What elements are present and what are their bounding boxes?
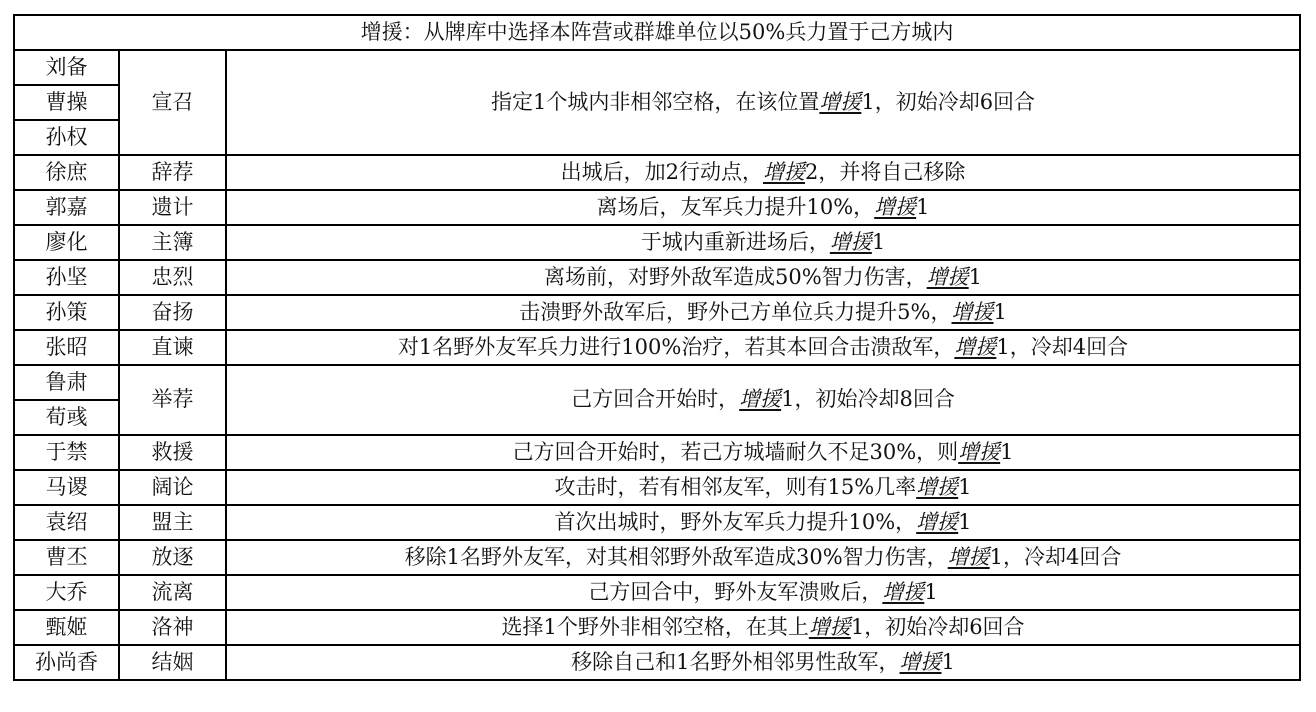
desc-text: 1 [993, 300, 1006, 324]
keyword-reinforce: 增援 [954, 335, 996, 359]
general-name: 于禁 [14, 435, 119, 470]
skill-description: 出城后，加2行动点，增援2，并将自己移除 [226, 155, 1300, 190]
general-name: 孙策 [14, 295, 119, 330]
skill-name: 放逐 [119, 540, 226, 575]
reinforcement-skills-table: 增援：从牌库中选择本阵营或群雄单位以50%兵力置于己方城内 刘备 宣召 指定1个… [13, 14, 1301, 681]
skill-description: 己方回合中，野外友军溃败后，增援1 [226, 575, 1300, 610]
keyword-reinforce: 增援 [948, 545, 990, 569]
keyword-reinforce: 增援 [874, 195, 916, 219]
skill-description: 攻击时，若有相邻友军，则有15%几率增援1 [226, 470, 1300, 505]
skill-name: 主簿 [119, 225, 226, 260]
general-name: 张昭 [14, 330, 119, 365]
desc-text: 选择1个野外非相邻空格，在其上 [501, 615, 808, 639]
table-row: 孙坚 忠烈 离场前，对野外敌军造成50%智力伤害，增援1 [14, 260, 1300, 295]
skill-name: 盟主 [119, 505, 226, 540]
general-name: 孙权 [14, 120, 119, 155]
desc-text: 己方回合开始时，若己方城墙耐久不足30%，则 [512, 440, 958, 464]
skill-description: 己方回合开始时，增援1，初始冷却8回合 [226, 365, 1300, 435]
general-name: 孙坚 [14, 260, 119, 295]
general-name: 荀彧 [14, 400, 119, 435]
desc-text: 1，初始冷却6回合 [861, 90, 1035, 114]
table-row: 孙尚香 结姻 移除自己和1名野外相邻男性敌军，增援1 [14, 645, 1300, 680]
table-row: 袁绍 盟主 首次出城时，野外友军兵力提升10%，增援1 [14, 505, 1300, 540]
general-name: 廖化 [14, 225, 119, 260]
general-name: 鲁肃 [14, 365, 119, 400]
table-row: 刘备 宣召 指定1个城内非相邻空格，在该位置增援1，初始冷却6回合 [14, 50, 1300, 85]
skill-description: 于城内重新进场后，增援1 [226, 225, 1300, 260]
skill-description: 对1名野外友军兵力进行100%治疗，若其本回合击溃敌军，增援1，冷却4回合 [226, 330, 1300, 365]
desc-text: 1 [924, 580, 937, 604]
skill-name: 举荐 [119, 365, 226, 435]
table-row: 马谡 阔论 攻击时，若有相邻友军，则有15%几率增援1 [14, 470, 1300, 505]
keyword-reinforce: 增援 [819, 90, 861, 114]
general-name: 孙尚香 [14, 645, 119, 680]
desc-text: 1 [942, 650, 955, 674]
general-name: 大乔 [14, 575, 119, 610]
skill-name: 洛神 [119, 610, 226, 645]
keyword-reinforce: 增援 [830, 230, 872, 254]
skill-description: 击溃野外敌军后，野外己方单位兵力提升5%，增援1 [226, 295, 1300, 330]
general-name: 曹丕 [14, 540, 119, 575]
skill-description: 离场前，对野外敌军造成50%智力伤害，增援1 [226, 260, 1300, 295]
desc-text: 1 [969, 265, 982, 289]
desc-text: 1，冷却4回合 [996, 335, 1128, 359]
table-row: 徐庶 辞荐 出城后，加2行动点，增援2，并将自己移除 [14, 155, 1300, 190]
keyword-reinforce: 增援 [739, 387, 781, 411]
desc-text: 1，冷却4回合 [990, 545, 1122, 569]
skill-description: 选择1个野外非相邻空格，在其上增援1，初始冷却6回合 [226, 610, 1300, 645]
skill-name: 奋扬 [119, 295, 226, 330]
table-row: 大乔 流离 己方回合中，野外友军溃败后，增援1 [14, 575, 1300, 610]
keyword-reinforce: 增援 [916, 510, 958, 534]
table-row: 于禁 救援 己方回合开始时，若己方城墙耐久不足30%，则增援1 [14, 435, 1300, 470]
table-title: 增援：从牌库中选择本阵营或群雄单位以50%兵力置于己方城内 [14, 15, 1300, 50]
keyword-reinforce: 增援 [809, 615, 851, 639]
keyword-reinforce: 增援 [763, 160, 805, 184]
general-name: 曹操 [14, 85, 119, 120]
skill-description: 首次出城时，野外友军兵力提升10%，增援1 [226, 505, 1300, 540]
desc-text: 移除1名野外友军，对其相邻野外敌军造成30%智力伤害， [405, 545, 948, 569]
skill-description: 指定1个城内非相邻空格，在该位置增援1，初始冷却6回合 [226, 50, 1300, 155]
skill-name: 直谏 [119, 330, 226, 365]
desc-text: 击溃野外敌军后，野外己方单位兵力提升5%， [519, 300, 951, 324]
desc-text: 己方回合中，野外友军溃败后， [588, 580, 882, 604]
keyword-reinforce: 增援 [958, 440, 1000, 464]
general-name: 徐庶 [14, 155, 119, 190]
desc-text: 出城后，加2行动点， [561, 160, 763, 184]
desc-text: 离场后，友军兵力提升10%， [596, 195, 874, 219]
skill-name: 流离 [119, 575, 226, 610]
skill-description: 移除自己和1名野外相邻男性敌军，增援1 [226, 645, 1300, 680]
general-name: 马谡 [14, 470, 119, 505]
desc-text: 1 [1000, 440, 1013, 464]
desc-text: 1 [958, 510, 971, 534]
table-title-row: 增援：从牌库中选择本阵营或群雄单位以50%兵力置于己方城内 [14, 15, 1300, 50]
keyword-reinforce: 增援 [900, 650, 942, 674]
desc-text: 对1名野外友军兵力进行100%治疗，若其本回合击溃敌军， [398, 335, 954, 359]
desc-text: 2，并将自己移除 [805, 160, 965, 184]
desc-text: 移除自己和1名野外相邻男性敌军， [571, 650, 899, 674]
skill-name: 救援 [119, 435, 226, 470]
desc-text: 攻击时，若有相邻友军，则有15%几率 [554, 475, 916, 499]
table-row: 孙策 奋扬 击溃野外敌军后，野外己方单位兵力提升5%，增援1 [14, 295, 1300, 330]
desc-text: 首次出城时，野外友军兵力提升10%， [554, 510, 916, 534]
keyword-reinforce: 增援 [882, 580, 924, 604]
skill-description: 己方回合开始时，若己方城墙耐久不足30%，则增援1 [226, 435, 1300, 470]
skill-name: 宣召 [119, 50, 226, 155]
desc-text: 1，初始冷却6回合 [851, 615, 1025, 639]
desc-text: 1 [958, 475, 971, 499]
table-row: 鲁肃 举荐 己方回合开始时，增援1，初始冷却8回合 [14, 365, 1300, 400]
table-row: 廖化 主簿 于城内重新进场后，增援1 [14, 225, 1300, 260]
desc-text: 于城内重新进场后， [641, 230, 830, 254]
skill-name: 忠烈 [119, 260, 226, 295]
keyword-reinforce: 增援 [916, 475, 958, 499]
table-row: 郭嘉 遗计 离场后，友军兵力提升10%，增援1 [14, 190, 1300, 225]
table-row: 曹丕 放逐 移除1名野外友军，对其相邻野外敌军造成30%智力伤害，增援1，冷却4… [14, 540, 1300, 575]
skill-name: 辞荐 [119, 155, 226, 190]
desc-text: 指定1个城内非相邻空格，在该位置 [491, 90, 819, 114]
skill-name: 阔论 [119, 470, 226, 505]
keyword-reinforce: 增援 [927, 265, 969, 289]
general-name: 袁绍 [14, 505, 119, 540]
desc-text: 己方回合开始时， [571, 387, 739, 411]
general-name: 郭嘉 [14, 190, 119, 225]
desc-text: 1 [916, 195, 929, 219]
general-name: 刘备 [14, 50, 119, 85]
keyword-reinforce: 增援 [951, 300, 993, 324]
skill-name: 遗计 [119, 190, 226, 225]
skill-description: 移除1名野外友军，对其相邻野外敌军造成30%智力伤害，增援1，冷却4回合 [226, 540, 1300, 575]
table-row: 甄姬 洛神 选择1个野外非相邻空格，在其上增援1，初始冷却6回合 [14, 610, 1300, 645]
table-row: 张昭 直谏 对1名野外友军兵力进行100%治疗，若其本回合击溃敌军，增援1，冷却… [14, 330, 1300, 365]
desc-text: 1 [872, 230, 885, 254]
general-name: 甄姬 [14, 610, 119, 645]
desc-text: 1，初始冷却8回合 [781, 387, 955, 411]
desc-text: 离场前，对野外敌军造成50%智力伤害， [544, 265, 927, 289]
skill-description: 离场后，友军兵力提升10%，增援1 [226, 190, 1300, 225]
skill-name: 结姻 [119, 645, 226, 680]
